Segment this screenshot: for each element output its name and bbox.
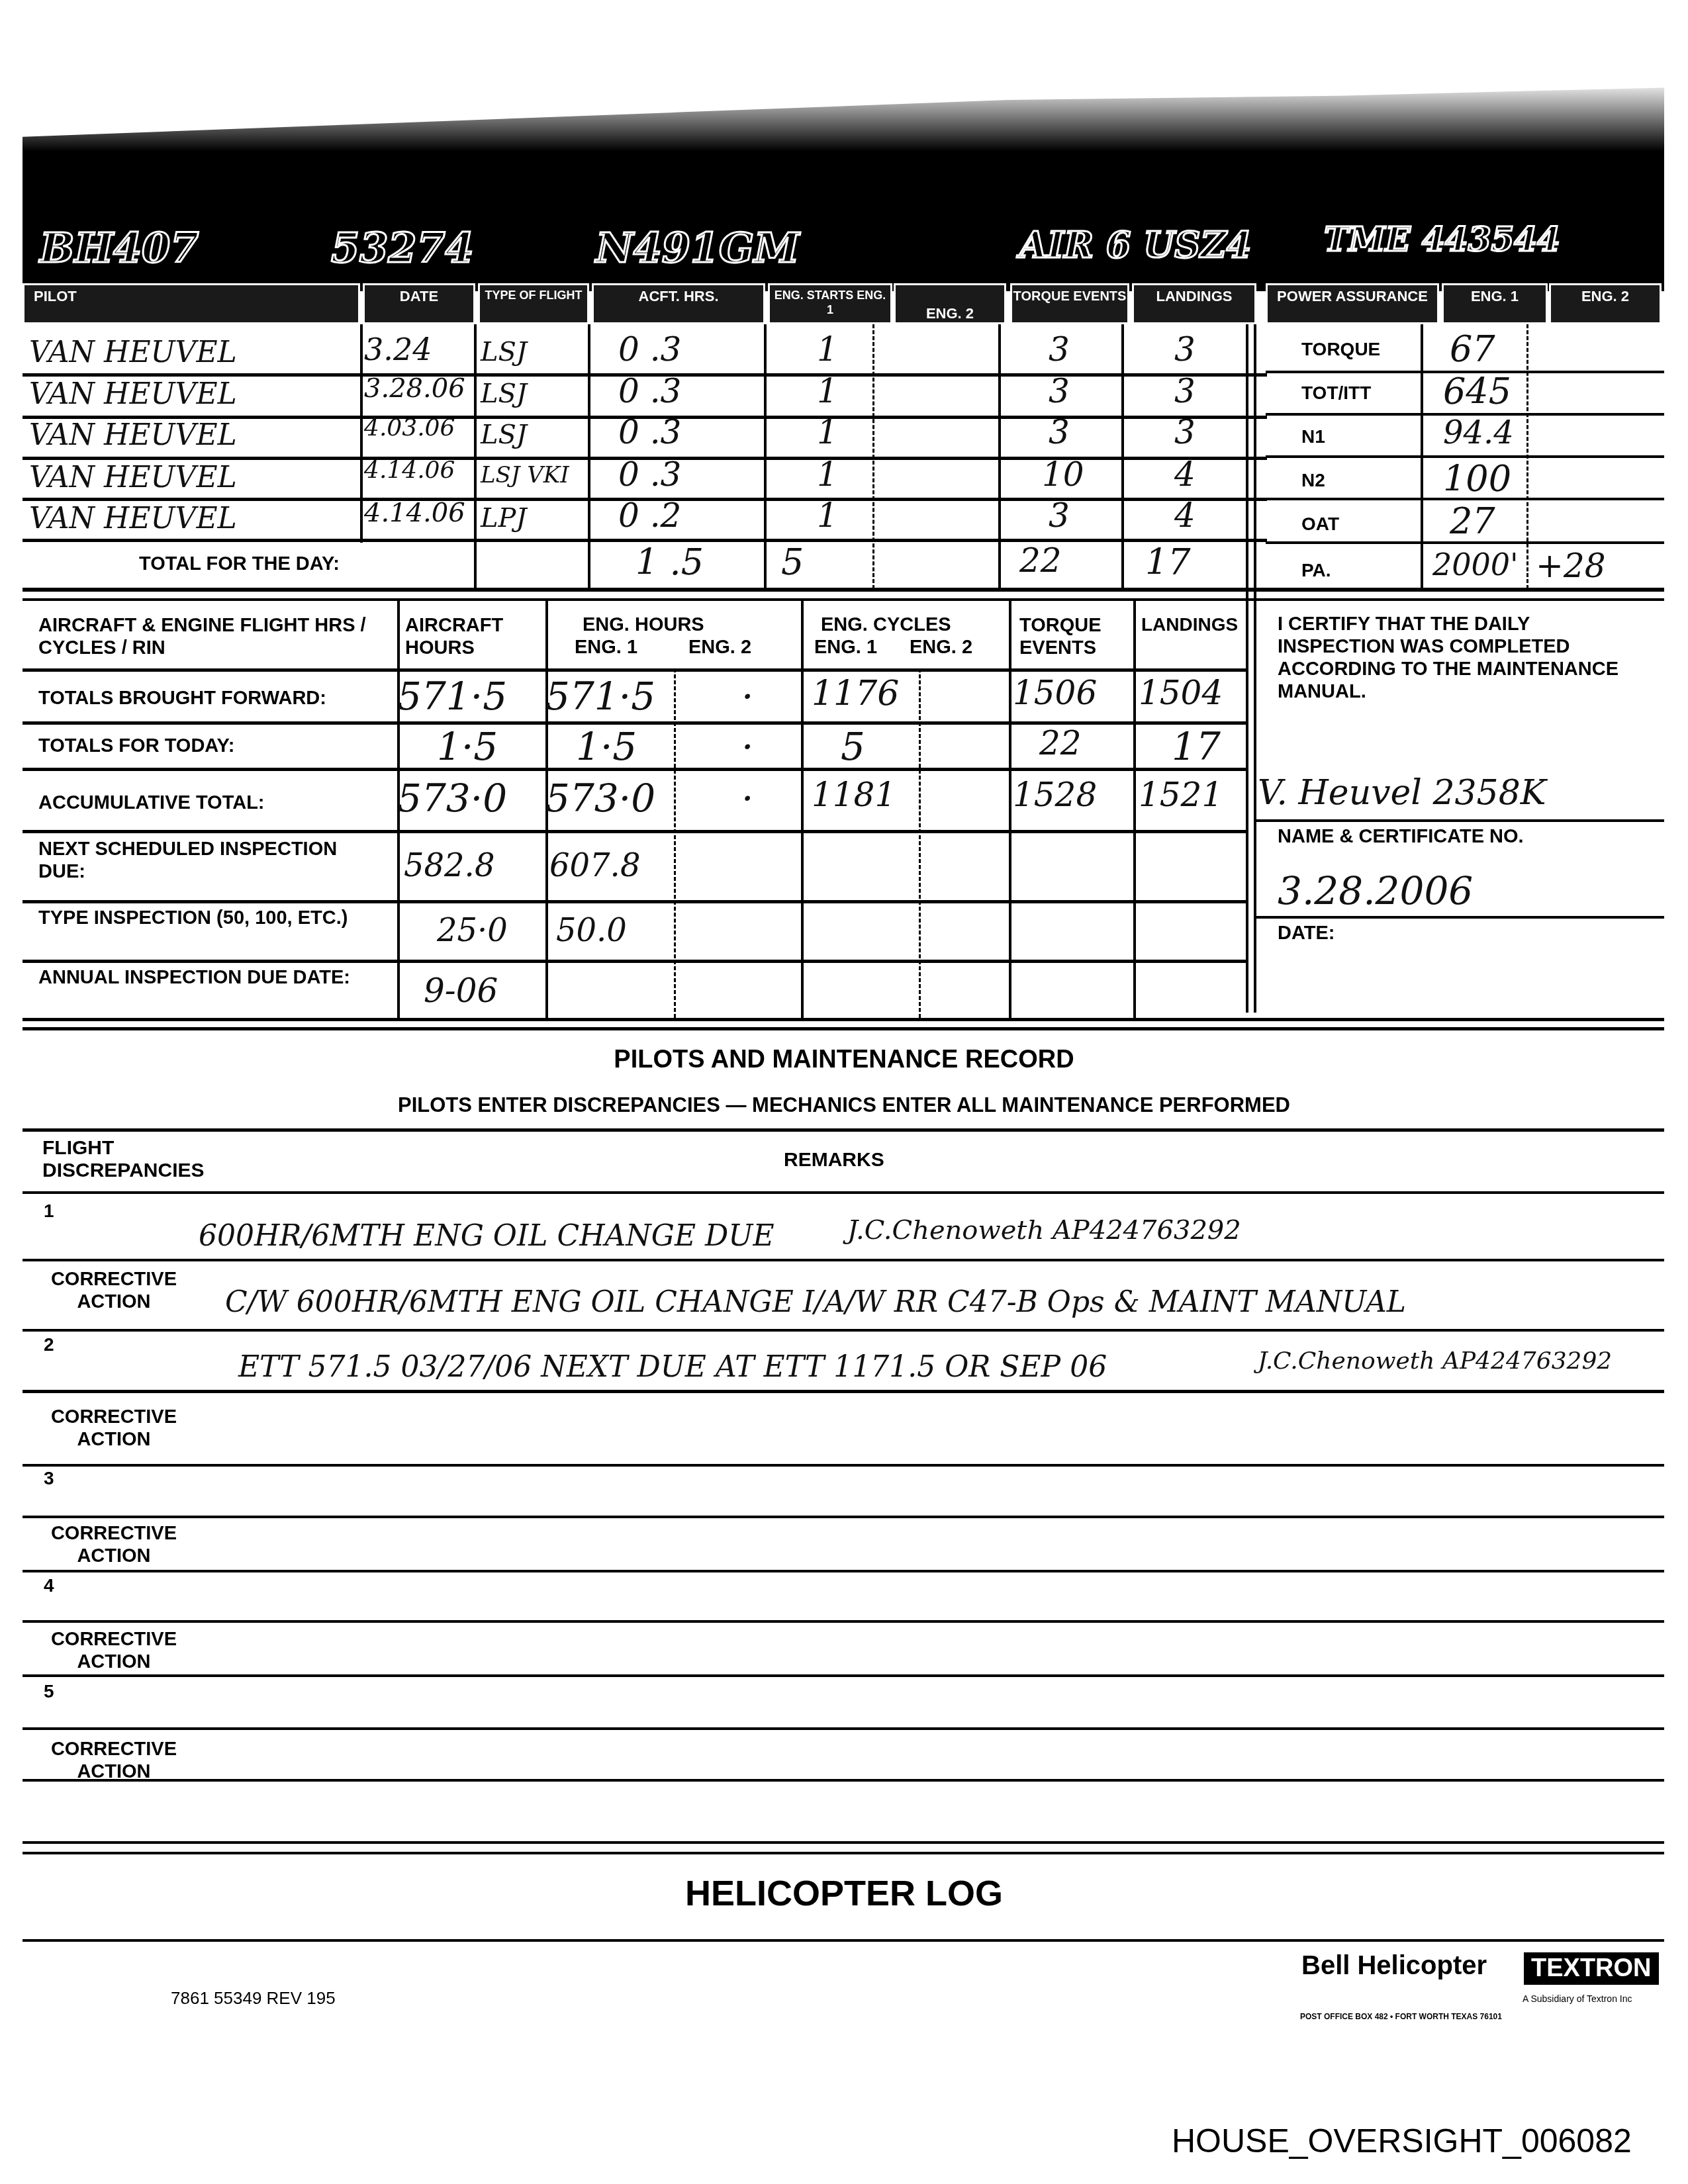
entry-number: 4 xyxy=(44,1575,54,1596)
tme-number: TME 443544 xyxy=(1324,220,1560,259)
col-date: DATE xyxy=(363,283,475,324)
summary-label-annual: ANNUAL INSPECTION DUE DATE: xyxy=(38,966,383,989)
discrepancy-text: ETT 571.5 03/27/06 NEXT DUE AT ETT 1171.… xyxy=(238,1350,1107,1384)
total-landings: 17 xyxy=(1145,541,1191,583)
total-for-day-label: TOTAL FOR THE DAY: xyxy=(139,553,340,575)
brand-subsidiary: A Subsidiary of Textron Inc xyxy=(1523,1993,1632,2004)
summary-col-eng-hours: ENG. HOURS xyxy=(583,614,704,636)
brand-logo-box: TEXTRON xyxy=(1524,1952,1659,1985)
summary-col-eng1: ENG. 1 xyxy=(575,637,637,659)
maintenance-title: PILOTS AND MAINTENANCE RECORD xyxy=(0,1046,1688,1074)
pa-torque-eng1: 67 xyxy=(1450,328,1495,370)
form-number: 7861 55349 REV 195 xyxy=(171,1988,336,2009)
discrepancy-signature: J.C.Chenoweth AP424763292 xyxy=(1258,1347,1612,1375)
summary-row-label-header: AIRCRAFT & ENGINE FLIGHT HRS / CYCLES / … xyxy=(38,614,389,659)
summary-forward-aircraft: 571·5 xyxy=(397,674,507,719)
acft-hrs: 0 .3 xyxy=(618,372,681,410)
total-torque-events: 22 xyxy=(1019,541,1062,580)
summary-label-today: TOTALS FOR TODAY: xyxy=(38,735,234,757)
flight-type: LSJ xyxy=(481,379,527,409)
landings: 4 xyxy=(1174,455,1196,494)
flight-row: VAN HEUVEL 4.03.06 LSJ 0 .3 1 3 3 xyxy=(23,417,1267,457)
flight-type: LSJ xyxy=(481,420,527,450)
certification-date: 3.28.2006 xyxy=(1278,868,1473,913)
torque-events: 3 xyxy=(1049,413,1070,451)
acft-hrs: 0 .2 xyxy=(618,496,681,535)
landings: 3 xyxy=(1174,413,1196,451)
pilot-name: VAN HEUVEL xyxy=(29,377,237,411)
eng-starts-1: 1 xyxy=(817,413,838,451)
col-pa-eng2: ENG. 2 xyxy=(1549,283,1662,324)
eng-starts-1: 1 xyxy=(817,496,838,535)
pa-label-pa: PA. xyxy=(1301,560,1331,581)
entry-number: 3 xyxy=(44,1468,54,1489)
summary-col-cyc-eng2: ENG. 2 xyxy=(910,637,972,659)
flight-date: 3.24 xyxy=(364,332,432,367)
flight-date: 4.14.06 xyxy=(364,498,465,528)
pa-n2-eng1: 100 xyxy=(1443,458,1511,500)
col-eng-starts-1: ENG. STARTS ENG. 1 xyxy=(768,283,892,324)
pa-n1-eng1: 94.4 xyxy=(1443,414,1514,451)
flight-row: VAN HEUVEL 4.14.06 LPJ 0 .2 1 3 4 xyxy=(23,500,1267,540)
summary-today-cycles: 5 xyxy=(841,724,865,769)
torque-events: 3 xyxy=(1049,496,1070,535)
summary-today-torque: 22 xyxy=(1039,724,1082,762)
eng-starts-1: 1 xyxy=(817,330,838,369)
torque-events: 10 xyxy=(1042,455,1084,494)
corrective-action-label: CORRECTIVE ACTION xyxy=(41,1268,187,1313)
corrective-action-label: CORRECTIVE ACTION xyxy=(41,1406,187,1451)
name-certificate-label: NAME & CERTIFICATE NO. xyxy=(1278,826,1524,848)
summary-accum-torque: 1528 xyxy=(1013,776,1097,814)
col-power-assurance: POWER ASSURANCE xyxy=(1266,283,1439,324)
remarks-header: REMARKS xyxy=(784,1149,884,1171)
acft-hrs: 0 .3 xyxy=(618,330,681,369)
summary-accum-landings: 1521 xyxy=(1139,776,1223,814)
summary-label-accumulative: ACCUMULATIVE TOTAL: xyxy=(38,792,265,814)
flight-row: VAN HEUVEL 3.28.06 LSJ 0 .3 1 3 3 xyxy=(23,376,1267,416)
col-pa-eng1: ENG. 1 xyxy=(1442,283,1548,324)
summary-accum-eng1: 573·0 xyxy=(545,776,655,821)
pa-label-n2: N2 xyxy=(1301,470,1325,491)
date-label: DATE: xyxy=(1278,923,1335,944)
discrepancy-text: 600HR/6MTH ENG OIL CHANGE DUE xyxy=(199,1219,774,1253)
summary-col-eng-cycles: ENG. CYCLES xyxy=(821,614,951,636)
summary-next-aircraft: 582.8 xyxy=(404,847,494,884)
col-type-of-flight: TYPE OF FLIGHT xyxy=(478,283,589,324)
discrepancy-signature: J.C.Chenoweth AP424763292 xyxy=(847,1215,1241,1246)
corrective-action-label: CORRECTIVE ACTION xyxy=(41,1628,187,1673)
aircraft-registration: N491GM xyxy=(596,224,800,272)
pa-tot-itt-eng1: 645 xyxy=(1443,371,1511,412)
summary-type-aircraft: 25·0 xyxy=(437,912,508,949)
summary-forward-eng1: 571·5 xyxy=(545,674,655,719)
maintenance-subtitle: PILOTS ENTER DISCREPANCIES — MECHANICS E… xyxy=(0,1093,1688,1117)
summary-col-aircraft-hours: AIRCRAFT HOURS xyxy=(405,614,538,659)
entry-number: 1 xyxy=(44,1201,54,1222)
pa-label-torque: TORQUE xyxy=(1301,339,1380,360)
corrective-text: C/W 600HR/6MTH ENG OIL CHANGE I/A/W RR C… xyxy=(225,1285,1406,1319)
pilot-name: VAN HEUVEL xyxy=(29,418,237,452)
summary-label-next-inspection: NEXT SCHEDULED INSPECTION DUE: xyxy=(38,838,383,883)
summary-col-cyc-eng1: ENG. 1 xyxy=(814,637,877,659)
summary-accum-eng2: · xyxy=(741,776,753,821)
pa-pa-eng2: +28 xyxy=(1536,547,1606,585)
aircraft-model: BH407 xyxy=(40,224,199,272)
landings: 4 xyxy=(1174,496,1196,535)
summary-label-type-inspection: TYPE INSPECTION (50, 100, ETC.) xyxy=(38,907,383,929)
brand-name: Bell Helicopter xyxy=(1301,1951,1487,1981)
summary-type-eng1: 50.0 xyxy=(556,912,627,949)
form-title: HELICOPTER LOG xyxy=(0,1873,1688,1914)
eng-starts-1: 1 xyxy=(817,455,838,494)
summary-annual-date: 9-06 xyxy=(424,972,498,1010)
aircraft-serial: 53274 xyxy=(331,224,474,272)
summary-today-eng1: 1·5 xyxy=(576,724,637,769)
flight-row: VAN HEUVEL 4.14.06 LSJ VKI 0 .3 1 10 4 xyxy=(23,459,1267,499)
summary-forward-torque: 1506 xyxy=(1013,674,1097,712)
pa-label-tot-itt: TOT/ITT xyxy=(1301,383,1371,404)
corrective-action-label: CORRECTIVE ACTION xyxy=(41,1738,187,1783)
flight-type: LSJ xyxy=(481,337,527,367)
summary-forward-landings: 1504 xyxy=(1139,674,1223,712)
pa-pa-eng1: 2000' xyxy=(1432,547,1519,582)
summary-accum-aircraft: 573·0 xyxy=(397,776,507,821)
flight-date: 3.28.06 xyxy=(364,373,465,404)
col-landings: LANDINGS xyxy=(1132,283,1256,324)
pa-label-n1: N1 xyxy=(1301,426,1325,447)
flight-row: VAN HEUVEL 3.24 LSJ 0 .3 1 3 3 xyxy=(23,334,1267,374)
flight-discrepancies-header: FLIGHT DISCREPANCIES xyxy=(42,1137,214,1182)
landings: 3 xyxy=(1174,372,1196,410)
flight-type: LSJ VKI xyxy=(481,462,569,488)
acft-hrs: 0 .3 xyxy=(618,455,681,494)
summary-accum-cycles: 1181 xyxy=(812,776,896,814)
torque-events: 3 xyxy=(1049,372,1070,410)
summary-forward-eng2: · xyxy=(741,674,753,719)
summary-col-torque-events: TORQUE EVENTS xyxy=(1019,614,1125,659)
summary-today-landings: 17 xyxy=(1172,724,1221,769)
pilot-name: VAN HEUVEL xyxy=(29,502,237,535)
flight-date: 4.03.06 xyxy=(364,414,455,441)
entry-number: 5 xyxy=(44,1681,54,1702)
airframe-label: AIR 6 USZ4 xyxy=(1019,224,1251,266)
col-acft-hrs: ACFT. HRS. xyxy=(592,283,765,324)
summary-label-forward: TOTALS BROUGHT FORWARD: xyxy=(38,687,326,709)
certifier-signature: V. Heuvel 2358K xyxy=(1258,773,1546,813)
summary-col-eng2: ENG. 2 xyxy=(688,637,751,659)
flight-date: 4.14.06 xyxy=(364,457,455,484)
total-eng-starts: 5 xyxy=(781,541,804,583)
corrective-action-label: CORRECTIVE ACTION xyxy=(41,1522,187,1567)
flight-type: LPJ xyxy=(481,503,527,533)
torque-events: 3 xyxy=(1049,330,1070,369)
landings: 3 xyxy=(1174,330,1196,369)
col-eng-starts-2: ENG. 2 xyxy=(894,283,1006,324)
entry-number: 2 xyxy=(44,1334,54,1355)
pilot-name: VAN HEUVEL xyxy=(29,336,237,369)
brand-address: POST OFFICE BOX 482 • FORT WORTH TEXAS 7… xyxy=(1300,2012,1502,2021)
pa-oat-eng1: 27 xyxy=(1450,500,1495,542)
pa-label-oat: OAT xyxy=(1301,514,1339,535)
col-torque-events: TORQUE EVENTS xyxy=(1010,283,1129,324)
eng-starts-1: 1 xyxy=(817,372,838,410)
summary-today-aircraft: 1·5 xyxy=(437,724,498,769)
summary-next-eng1: 607.8 xyxy=(549,847,640,884)
summary-forward-cycles: 1176 xyxy=(812,674,899,713)
total-acft-hrs: 1 .5 xyxy=(635,541,704,583)
certification-statement: I CERTIFY THAT THE DAILY INSPECTION WAS … xyxy=(1278,613,1648,703)
summary-col-landings: LANDINGS xyxy=(1141,614,1238,635)
summary-today-eng2: · xyxy=(741,724,753,769)
bates-number: HOUSE_OVERSIGHT_006082 xyxy=(1172,2122,1632,2160)
col-pilot: PILOT xyxy=(23,283,360,324)
acft-hrs: 0 .3 xyxy=(618,413,681,451)
pilot-name: VAN HEUVEL xyxy=(29,461,237,494)
